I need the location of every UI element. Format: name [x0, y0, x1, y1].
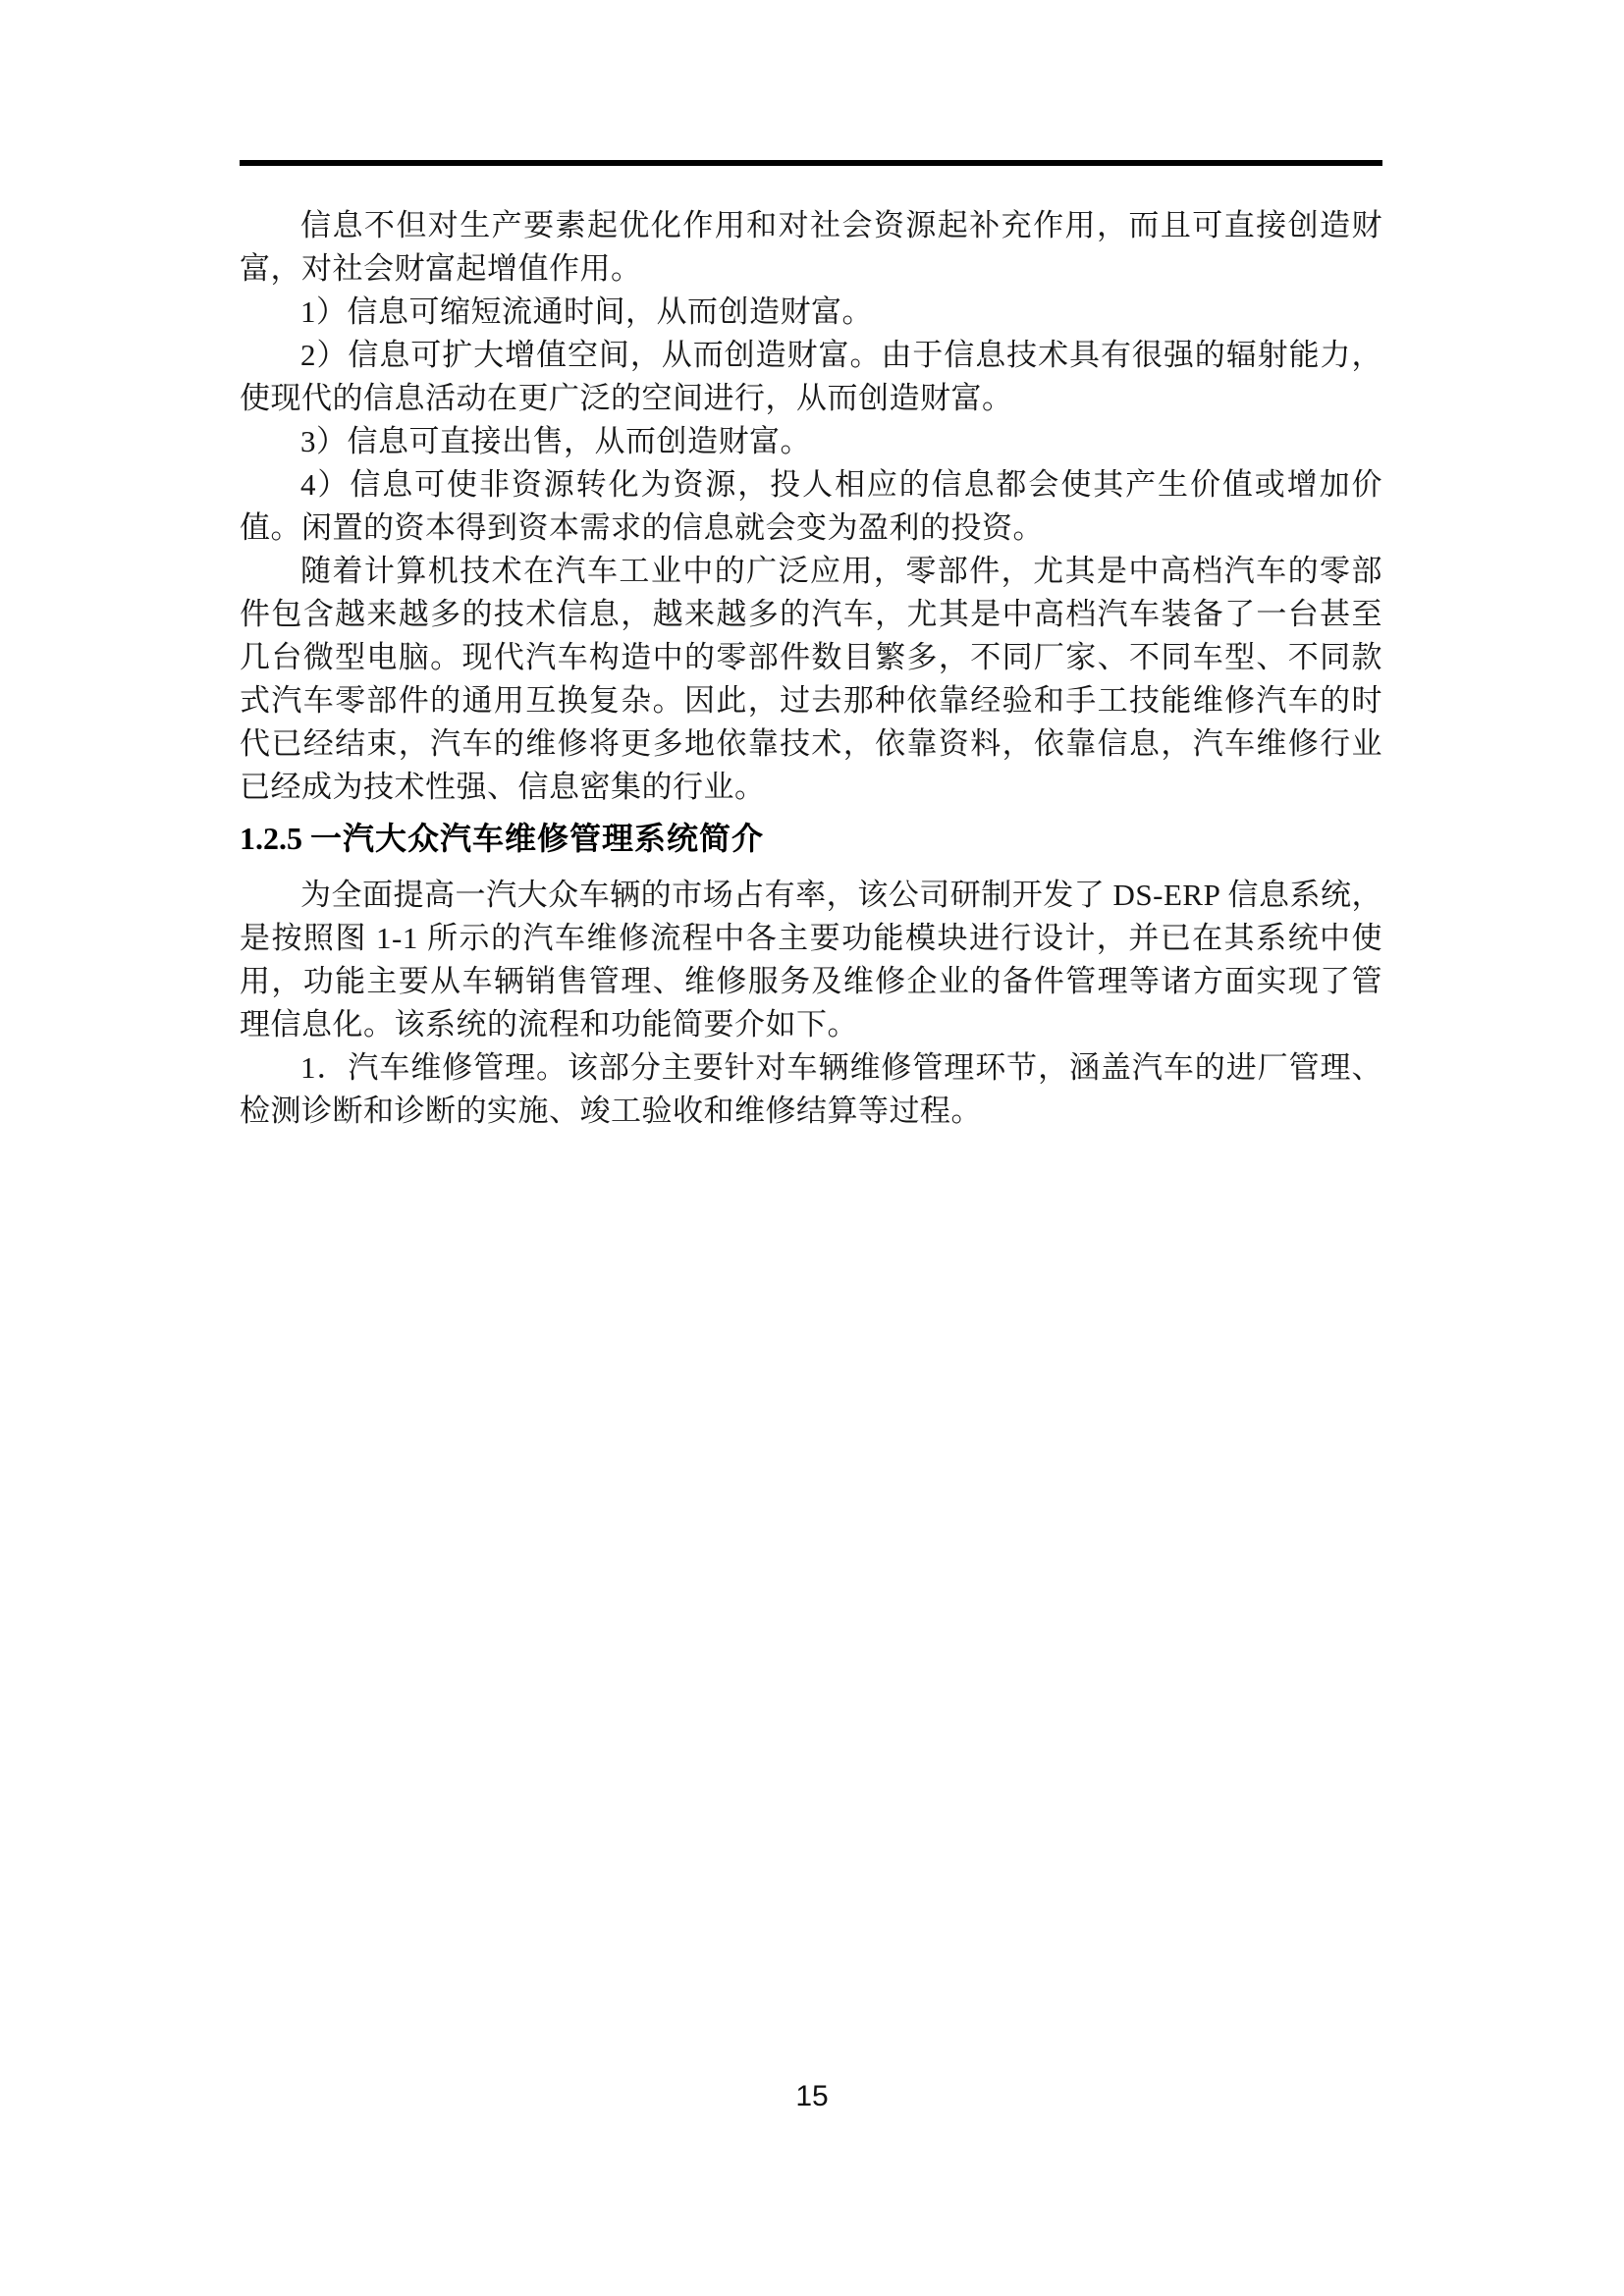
list-item-2: 2）信息可扩大增值空间，从而创造财富。由于信息技术具有很强的辐射能力，使现代的信… [240, 334, 1382, 420]
page-content: 信息不但对生产要素起优化作用和对社会资源起补充作用，而且可直接创造财富，对社会财… [240, 160, 1382, 1133]
paragraph-computer-tech: 随着计算机技术在汽车工业中的广泛应用，零部件，尤其是中高档汽车的零部件包含越来越… [240, 550, 1382, 809]
paragraph-repair-management: 1．汽车维修管理。该部分主要针对车辆维修管理环节，涵盖汽车的进厂管理、检测诊断和… [240, 1046, 1382, 1133]
section-heading: 1.2.5 一汽大众汽车维修管理系统简介 [240, 817, 1382, 860]
page-number: 15 [0, 2079, 1624, 2114]
header-rule [240, 160, 1382, 166]
list-item-3: 3）信息可直接出售，从而创造财富。 [240, 420, 1382, 463]
list-item-4: 4）信息可使非资源转化为资源，投人相应的信息都会使其产生价值或增加价值。闲置的资… [240, 463, 1382, 550]
document-page: 信息不但对生产要素起优化作用和对社会资源起补充作用，而且可直接创造财富，对社会财… [0, 0, 1624, 2296]
section-heading-title: 一汽大众汽车维修管理系统简介 [310, 821, 764, 856]
paragraph-ds-erp-intro: 为全面提高一汽大众车辆的市场占有率，该公司研制开发了 DS-ERP 信息系统，是… [240, 874, 1382, 1046]
paragraph-information-wealth: 信息不但对生产要素起优化作用和对社会资源起补充作用，而且可直接创造财富，对社会财… [240, 204, 1382, 291]
section-heading-number: 1.2.5 [240, 821, 302, 856]
list-item-1: 1）信息可缩短流通时间，从而创造财富。 [240, 291, 1382, 334]
